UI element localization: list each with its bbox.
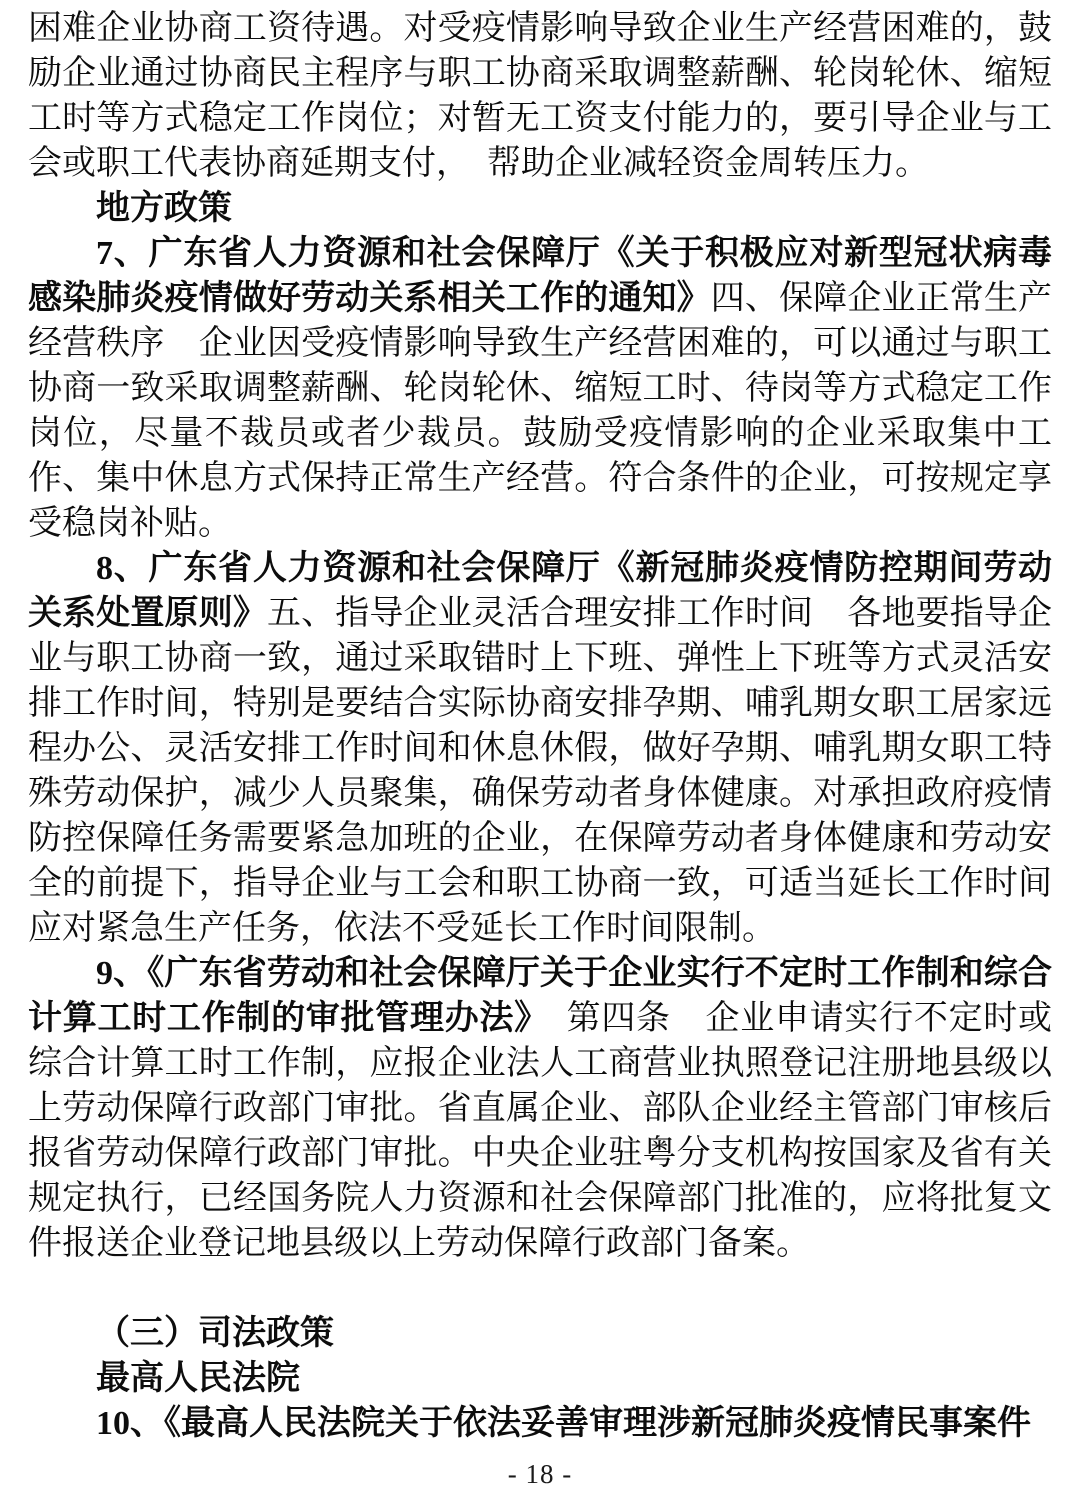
policy-8-body: 五、指导企业灵活合理安排工作时间 各地要指导企业与职工协商一致，通过采取错时上下… (28, 595, 1052, 947)
heading-judicial-policy: （三）司法政策 (28, 1311, 1052, 1356)
policy-9-body: 第四条 企业申请实行不定时或综合计算工时工作制，应报企业法人工商营业执照登记注册… (28, 1000, 1052, 1262)
paragraph-wage-relief: 困难企业协商工资待遇。对受疫情影响导致企业生产经营困难的，鼓励企业通过协商民主程… (28, 6, 1052, 186)
page-number: - 18 - (0, 1459, 1080, 1489)
heading-local-policy: 地方政策 (28, 186, 1052, 231)
paragraph-policy-8: 8、广东省人力资源和社会保障厅《新冠肺炎疫情防控期间劳动关系处置原则》五、指导企… (28, 546, 1052, 951)
paragraph-policy-7: 7、广东省人力资源和社会保障厅《关于积极应对新型冠状病毒感染肺炎疫情做好劳动关系… (28, 231, 1052, 546)
paragraph-policy-10: 10、《最高人民法院关于依法妥善审理涉新冠肺炎疫情民事案件 (28, 1401, 1052, 1446)
heading-supreme-court: 最高人民法院 (28, 1356, 1052, 1401)
paragraph-policy-9: 9、《广东省劳动和社会保障厅关于企业实行不定时工作制和综合计算工时工作制的审批管… (28, 951, 1052, 1266)
document-page: 困难企业协商工资待遇。对受疫情影响导致企业生产经营困难的，鼓励企业通过协商民主程… (0, 0, 1080, 1503)
policy-7-body: 四、保障企业正常生产经营秩序 企业因受疫情影响导致生产经营困难的，可以通过与职工… (28, 280, 1052, 542)
